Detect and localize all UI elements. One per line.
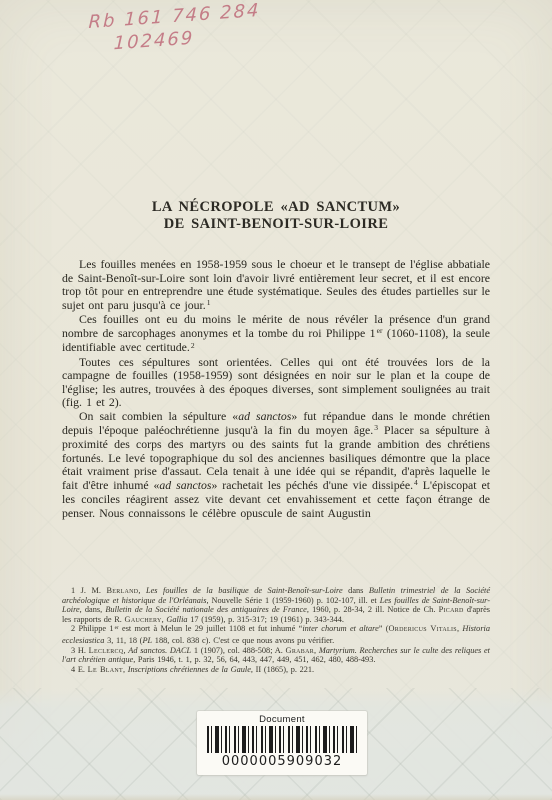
barcode [207,726,357,753]
body-paragraph-3: Toutes ces sépultures sont orientées. Ce… [62,356,490,410]
barcode-number: 0000005909032 [197,754,367,769]
footnote-4: 4 E. Le Blant, Inscriptions chrétiennes … [62,665,490,675]
body-paragraph-4: On sait combien la sépulture «ad sanctos… [62,410,490,520]
body-paragraph-1: Les fouilles menées en 1958-1959 sous le… [62,258,490,313]
footnote-2: 2 Philippe 1er est mort à Melun le 29 ju… [62,624,490,645]
handwritten-shelfmark: Rb 161 746 284 102469 [87,0,260,56]
article-title: LA NÉCROPOLE «AD SANCTUM» DE SAINT-BENOI… [62,199,490,232]
article-title-line1: LA NÉCROPOLE «AD SANCTUM» [62,199,490,216]
barcode-label: Document 0000005909032 [197,711,367,775]
article-title-line2: DE SAINT-BENOIT-SUR-LOIRE [62,216,490,233]
body-paragraph-2: Ces fouilles ont eu du moins le mérite d… [62,313,490,356]
article-body: Les fouilles menées en 1958-1959 sous le… [62,258,490,520]
barcode-label-title: Document [197,714,367,725]
footnotes-block: 1 J. M. Berland, Les fouilles de la basi… [62,586,490,674]
footnote-1: 1 J. M. Berland, Les fouilles de la basi… [62,586,490,624]
scanned-page: Rb 161 746 284 102469 LA NÉCROPOLE «AD S… [0,0,552,800]
footnote-3: 3 H. Leclercq, Ad sanctos. DACL 1 (1907)… [62,646,490,665]
